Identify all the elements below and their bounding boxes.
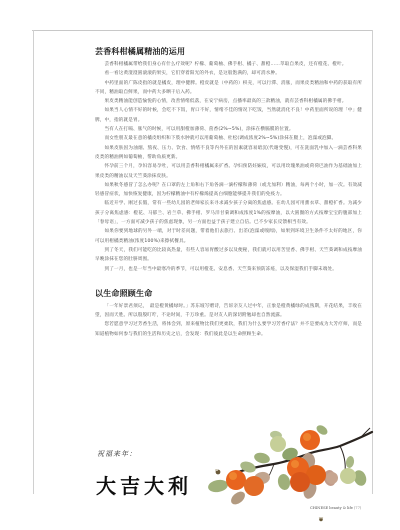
greeting-text: 祝福来年： <box>97 449 137 459</box>
section2: 以生命照顾生命 「一年好景君须记， 最是橙黄橘绿时。」苏东坡写赠诗，告诉亲友人过… <box>95 288 362 339</box>
article-body: 芸香科柑橘属精油的运用 芸香科柑橘属带给我们身心有什么疗效呢？柠檬、葡萄柚、佛手… <box>95 46 362 339</box>
section-title-citrus-oils: 芸香科柑橘属精油的运用 <box>95 46 362 57</box>
paragraph: 如果当人心情不好的时候，会吃不下饭，胃口不好，情绪不佳的情况下吃饭，当然就消化不… <box>95 106 362 125</box>
paragraph: 而女性朋友最在意的橘皮组织和下肢水肿就可以用葡萄柚、杜松(调成浓度2%~5%)涂… <box>95 134 362 143</box>
paragraph: 怀孕前三个月，孕妇容易孕吐，可以用芸香科柑橘属来扩香。孕妇预防妊娠纹，可以用玫瑰… <box>95 162 362 181</box>
paragraph: 如果皮肤因为油烟、熬夜、压力、饮食、情绪不良等内外在的因素就容易暗沉(代谢变慢)… <box>95 144 362 163</box>
frame-top-rule <box>32 30 372 31</box>
paragraph: 果皮类精油能创造愉悦的心情，改善情绪低落，在安宁病房，点播率最高的三款精油，就有… <box>95 97 362 106</box>
paragraph: 当有人在打嗝、胀气的时候，可以用甜橙加薄荷、茴香(2%~5%)，涂抹在横膈膜的位… <box>95 125 362 134</box>
paragraph: 到了冬天，我们可能吃的比较高热量，有些人容易胃酸过多以及便秘，我们就可以用苦里香… <box>95 246 362 265</box>
paragraph: 临近开学、刚过长假，常有一些幼儿园的老师家长来寻求减少孩子分离的焦虑感。在幼儿园… <box>95 199 362 227</box>
calligraphy-blessing: 大吉大利 <box>96 470 192 499</box>
paragraph: 中药里面的广陈皮指的就是橘皮，理中健脾。橙皮就是（中药的）枳壳，可以行滞、消胀，… <box>95 79 362 98</box>
paragraph: 如果秋冬感冒了怎么办呢？在口罩的左上角和右下角各滴一滴柠檬和薄荷（或尤加利）精油… <box>95 181 362 200</box>
paragraph: 如果你要到地球的另外一端，对于时差问题，带着他们去旅行、出差(泡澡或嗅闻)，如果… <box>95 227 362 246</box>
frame-left-rule <box>33 30 34 494</box>
bee-emblem-icon <box>318 516 324 522</box>
paragraph: 看一看这黄澄澄圆滚滚的果实，它们穿着阳光的外衣，是这般饱满的，却可消水肿。 <box>95 69 362 78</box>
magazine-name: CHINESE beauty & life <box>310 506 353 510</box>
paragraph: 芸香科柑橘属带给我们身心有什么疗效呢？柠檬、葡萄柚、佛手柑、橘子、甜橙……萃取自… <box>95 60 362 69</box>
paragraph: 「一年好景君须记， 最是橙黄橘绿时。」苏东坡写赠诗，告诉亲友人过中年，正象是橙黄… <box>95 302 362 321</box>
section-title-life-care: 以生命照顾生命 <box>95 288 362 299</box>
page-footer: CHINESE beauty & life(77) <box>310 506 361 510</box>
persimmon-branch-illustration <box>200 420 375 510</box>
section1-paragraphs: 芸香科柑橘属带给我们身心有什么疗效呢？柠檬、葡萄柚、佛手柑、橘子、甜橙……萃取自… <box>95 60 362 274</box>
paragraph: 到了一月，也是一年当中最寒冷的季节，可以用橙花、安息香、天竺葵来预防冻疮，以及保… <box>95 265 362 274</box>
paragraph: 您若愿意学习过芳香生活，将体会到，原来植物比我们更柔软，我们为什么要学习芳香疗法… <box>95 320 362 339</box>
page-number: (77) <box>354 506 361 510</box>
